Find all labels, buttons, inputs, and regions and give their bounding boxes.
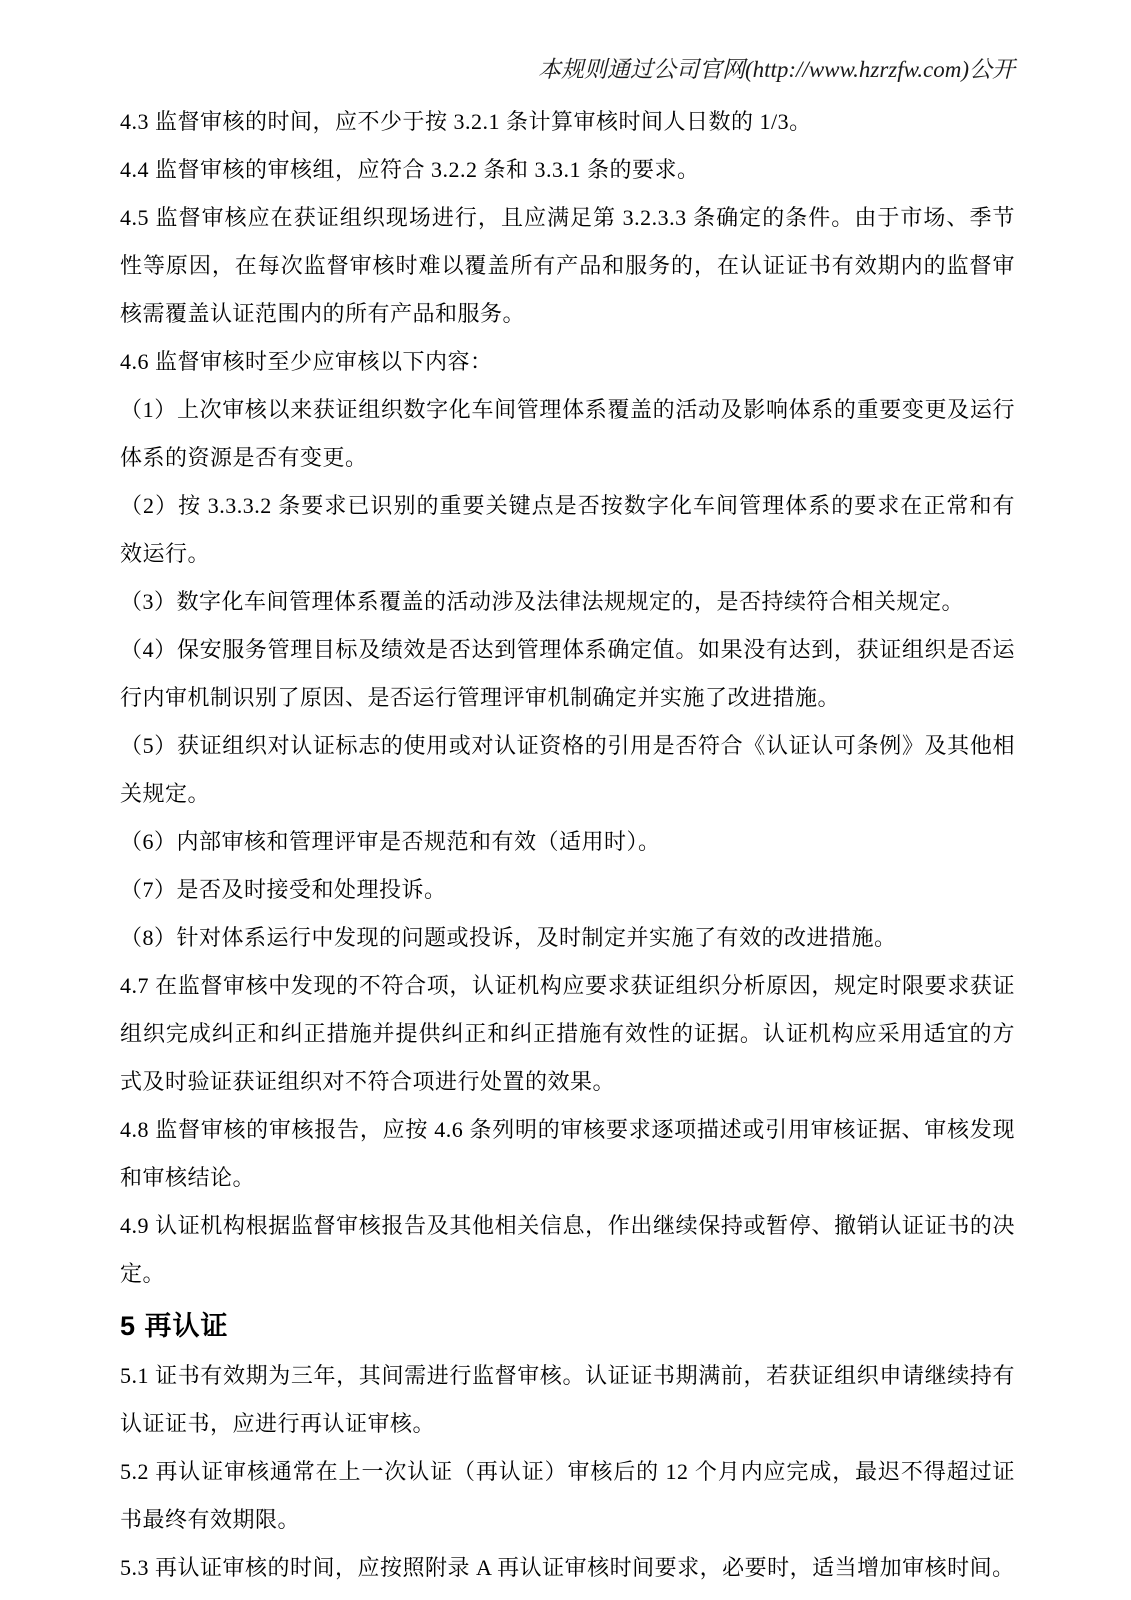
list-item-7: （7）是否及时接受和处理投诉。 [120,866,1015,914]
paragraph-4-6: 4.6 监督审核时至少应审核以下内容： [120,338,1015,386]
document-page: 本规则通过公司官网(http://www.hzrzfw.com)公开 4.3 监… [0,0,1131,1600]
list-item-2: （2）按 3.3.3.2 条要求已识别的重要关键点是否按数字化车间管理体系的要求… [120,482,1015,578]
paragraph-5-2: 5.2 再认证审核通常在上一次认证（再认证）审核后的 12 个月内应完成，最迟不… [120,1448,1015,1544]
paragraph-4-5: 4.5 监督审核应在获证组织现场进行，且应满足第 3.2.3.3 条确定的条件。… [120,194,1015,338]
document-body: 4.3 监督审核的时间，应不少于按 3.2.1 条计算审核时间人日数的 1/3。… [120,98,1015,1592]
header-note: 本规则通过公司官网(http://www.hzrzfw.com)公开 [120,52,1015,88]
paragraph-5-3: 5.3 再认证审核的时间，应按照附录 A 再认证审核时间要求，必要时，适当增加审… [120,1544,1015,1592]
paragraph-4-7: 4.7 在监督审核中发现的不符合项，认证机构应要求获证组织分析原因，规定时限要求… [120,962,1015,1106]
list-item-3: （3）数字化车间管理体系覆盖的活动涉及法律法规规定的，是否持续符合相关规定。 [120,578,1015,626]
list-item-6: （6）内部审核和管理评审是否规范和有效（适用时）。 [120,818,1015,866]
paragraph-4-8: 4.8 监督审核的审核报告，应按 4.6 条列明的审核要求逐项描述或引用审核证据… [120,1106,1015,1202]
section-heading-5-recertification: 5 再认证 [120,1300,1015,1352]
paragraph-4-9: 4.9 认证机构根据监督审核报告及其他相关信息，作出继续保持或暂停、撤销认证证书… [120,1202,1015,1298]
list-item-5: （5）获证组织对认证标志的使用或对认证资格的引用是否符合《认证认可条例》及其他相… [120,722,1015,818]
paragraph-5-1: 5.1 证书有效期为三年，其间需进行监督审核。认证证书期满前，若获证组织申请继续… [120,1352,1015,1448]
paragraph-4-4: 4.4 监督审核的审核组，应符合 3.2.2 条和 3.3.1 条的要求。 [120,146,1015,194]
list-item-1: （1）上次审核以来获证组织数字化车间管理体系覆盖的活动及影响体系的重要变更及运行… [120,386,1015,482]
list-item-4: （4）保安服务管理目标及绩效是否达到管理体系确定值。如果没有达到，获证组织是否运… [120,626,1015,722]
list-item-8: （8）针对体系运行中发现的问题或投诉，及时制定并实施了有效的改进措施。 [120,914,1015,962]
paragraph-4-3: 4.3 监督审核的时间，应不少于按 3.2.1 条计算审核时间人日数的 1/3。 [120,98,1015,146]
